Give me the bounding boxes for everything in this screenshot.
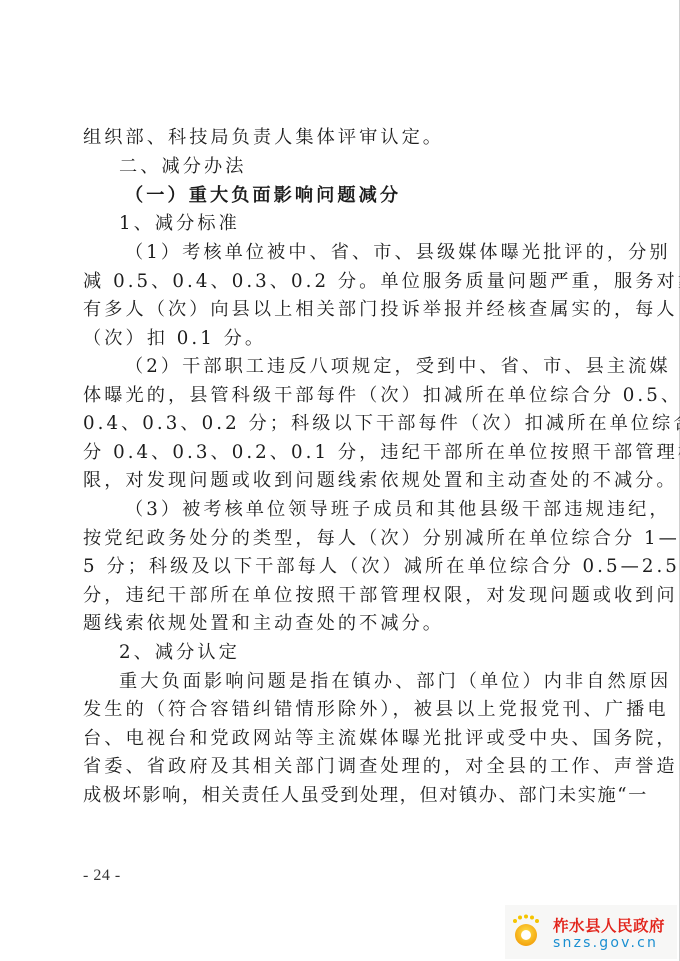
text-line: 有多人（次）向县以上相关部门投诉举报并经核查属实的，每人 (83, 296, 678, 324)
item-heading: 2、减分认定 (119, 639, 240, 667)
text-line: 分，违纪干部所在单位按照干部管理权限，对发现问题或收到问 (83, 582, 678, 610)
text-line: （1）考核单位被中、省、市、县级媒体曝光批评的，分别 (125, 239, 671, 267)
text-line: 组织部、科技局负责人集体评审认定。 (83, 124, 444, 152)
site-title: 柞水县人民政府 (553, 914, 665, 936)
text-line: 按党纪政务处分的类型，每人（次）分别减所在单位综合分 1— (83, 525, 680, 553)
text-line: 减 0.5、0.4、0.3、0.2 分。单位服务质量问题严重，服务对象 (83, 268, 680, 296)
text-line: 分 0.4、0.3、0.2、0.1 分，违纪干部所在单位按照干部管理权 (83, 439, 680, 467)
text-line: 题线索依规处置和主动查处的不减分。 (83, 610, 444, 638)
site-watermark[interactable]: 柞水县人民政府 snzs.gov.cn (505, 905, 677, 959)
item-heading: 1、减分标准 (119, 210, 240, 238)
subsection-heading: （一）重大负面影响问题减分 (125, 182, 401, 210)
text-line: 重大负面影响问题是指在镇办、部门（单位）内非自然原因 (119, 668, 671, 696)
text-line: （2）干部职工违反八项规定，受到中、省、市、县主流媒 (125, 353, 671, 381)
text-line: 台、电视台和党政网站等主流媒体曝光批评或受中央、国务院， (83, 725, 678, 753)
text-line: 发生的（符合容错纠错情形除外），被县以上党报党刊、广播电 (83, 696, 669, 724)
text-line: （3）被考核单位领导班子成员和其他县级干部违规违纪， (125, 496, 671, 524)
text-line: 限，对发现问题或收到问题线索依规处置和主动查处的不减分。 (83, 467, 678, 495)
text-line: （次）扣 0.1 分。 (83, 325, 266, 353)
text-line: 成极坏影响，相关责任人虽受到处理，但对镇办、部门未实施“一 (83, 782, 648, 810)
text-line: 0.4、0.3、0.2 分；科级以下干部每件（次）扣减所在单位综合 (83, 410, 680, 438)
text-line: 省委、省政府及其相关部门调查处理的，对全县的工作、声誉造 (83, 753, 678, 781)
site-logo-icon (511, 911, 541, 951)
section-heading: 二、减分办法 (119, 153, 246, 181)
page-number: - 24 - (83, 867, 121, 885)
text-line: 5 分；科级及以下干部每人（次）减所在单位综合分 0.5—2.5 (83, 553, 680, 581)
text-line: 体曝光的，县管科级干部每件（次）扣减所在单位综合分 0.5、 (83, 382, 680, 410)
site-url: snzs.gov.cn (553, 935, 658, 951)
